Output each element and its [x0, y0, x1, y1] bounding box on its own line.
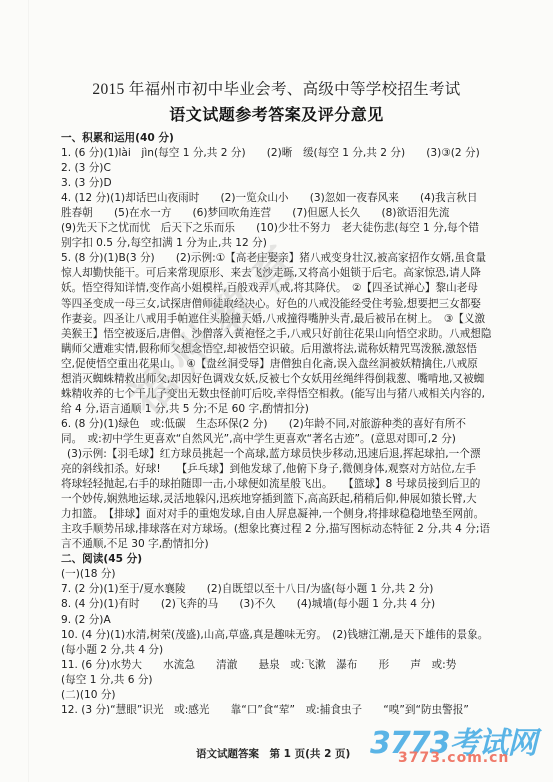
answer-line: 12. (3 分)“慧眼”识光 或:感光 靠“口”食“荤” 或:捕食虫子 “嗅”… [61, 703, 493, 718]
answer-line: (3)示例:【羽毛球】红方球员挑起一个高球,蓝方球员快步移动,迅速后退,挥起球拍… [61, 447, 493, 462]
answer-line: 妖。悟空得知详情,变作高小姐模样,百般戏弄八戒,将其降伏。 ②【四圣试禅心】黎山… [61, 281, 493, 296]
answer-line: 惊人却勤快能干。可后来常现原形、来去飞沙走砾,又将高小姐锁于后宅。高家惊恐,请人… [61, 266, 493, 281]
document-title: 2015 年福州市初中毕业会考、高级中等学校招生考试 [0, 77, 553, 99]
answer-line: 蛛精收养的七个干儿子变出无数虫怪前叮后咬,幸得悟空相救。(能写出与猪八戒相关内容… [61, 387, 493, 402]
answer-line: 想消灭蜘蛛精救出师父,却因好色调戏女妖,反被七个女妖用丝绳绊得倒栽葱、嘴啃地,又… [61, 372, 493, 387]
answer-line: 8. (4 分)(1)有时 (2)飞奔的马 (3)不久 (4)城墙(每小题 1 … [61, 597, 493, 612]
answer-line: 4. (12 分)(1)却话巴山夜雨时 (2)一览众山小 (3)忽如一夜春风来 … [61, 191, 493, 206]
answer-line: 9. (2 分)A [61, 613, 493, 628]
answer-line: 等四圣变成一母三女,试探唐僧师徒取经决心。好色的八戒没能经受住考验,想要把三女都… [61, 297, 493, 312]
answer-line: 别字扣 0.5 分,每空扣满 1 分为止,共 12 分) [61, 236, 493, 251]
answer-line: 瞒师父遭难实情,假称师父想念悟空,却被悟空识破。后用激将法,谎称妖精咒骂泼猴,激… [61, 342, 493, 357]
answer-line: 将球轻轻抛起,右手的球拍随即一击,小球便如流星般飞出。 【篮球】8 号球员接到后… [61, 477, 493, 492]
answer-body: 一、积累和运用(40 分)1. (6 分)(1)lài jìn(每空 1 分,共… [61, 131, 493, 718]
section-heading: 一、积累和运用(40 分) [61, 131, 493, 146]
answer-line: 10. (4 分)(1)水清,树荣(茂盛),山高,草盛,真是趣味无穷。 (2)钱… [61, 628, 493, 643]
answer-line: 主攻手顺势吊球,排球落在对方球场。(想象比赛过程 2 分,描写图标动态特征 2 … [61, 522, 493, 537]
answer-line: 11. (6 分)水势大 水流急 清澈 悬泉 或:飞漱 瀑布 形 声 或:势 [61, 658, 493, 673]
logo-url-text: 3773.com.cn [398, 750, 509, 766]
answer-line: 同。 或:初中学生更喜欢“自然风光”,高中学生更喜欢“著名古迹”。(意思对即可,… [61, 432, 493, 447]
answer-line: 胜春朝 (5)在水一方 (6)梦回吹角连营 (7)但愿人长久 (8)欲语泪先流 [61, 206, 493, 221]
answer-line: 7. (2 分)(1)至于/夏水襄陵 (2)自既望以至十八日/为盛(每小题 1 … [61, 582, 493, 597]
exam-answer-page: 2015 年福州市初中毕业会考、高级中等学校招生考试 语文试题参考答案及评分意见… [0, 0, 553, 782]
answer-line: (9)先天下之忧而忧 后天下之乐而乐 (10)少壮不努力 老大徒伤悲(每空 1 … [61, 221, 493, 236]
answer-line: (每小题 2 分,共 4 分) [61, 643, 493, 658]
answer-line: (二)(10 分) [61, 688, 493, 703]
answer-line: 言不通顺,不足 30 字,酌情扣分) [61, 537, 493, 552]
answer-line: 美猴王】悟空被逐后,唐僧、沙僧落入黄袍怪之手,八戒只好前往花果山向悟空求助。八戒… [61, 327, 493, 342]
answer-line: 6. (8 分)(1)绿色 或:低碳 生态环保(2 分) (2)年龄不同,对旅游… [61, 417, 493, 432]
answer-line: 2. (3 分)C [61, 161, 493, 176]
site-logo[interactable]: 3773考试网 3773.com.cn [370, 718, 545, 768]
section-heading: 二、阅读(45 分) [61, 552, 493, 567]
answer-line: 作妻妾。四圣让八戒用手帕遮住头脸撞天婚,八戒撞得嘴肿头青,最后被吊在树上。 ③【… [61, 312, 493, 327]
answer-line: 空,促使悟空重出花果山。 ④【盘丝洞受辱】唐僧独自化斋,误入盘丝洞被妖精擒住,八… [61, 357, 493, 372]
answer-line: 5. (8 分)(1)B(3 分) (2)示例:①【高老庄娶亲】猪八戒变身壮汉,… [61, 251, 493, 266]
answer-line: (每空 1 分,共 6 分) [61, 673, 493, 688]
answer-line: 一个妙传,娴熟地运球,灵活地躲闪,迅疾地穿插到篮下,高高跃起,稍稍后仰,伸展如猿… [61, 492, 493, 507]
answer-line: 3. (3 分)D [61, 176, 493, 191]
answer-line: 力扣篮。 【排球】面对对手的重炮发球,自由人屏息凝神,一个侧身,将排球稳稳地垫至… [61, 507, 493, 522]
document-subtitle: 语文试题参考答案及评分意见 [0, 102, 553, 125]
answer-line: (一)(18 分) [61, 567, 493, 582]
page-footer: 语文试题答案 第 1 页(共 2 页) [196, 746, 350, 761]
answer-line: 给 4 分,语言通顺 1 分,共 5 分;不足 60 字,酌情扣分) [61, 402, 493, 417]
answer-line: 1. (6 分)(1)lài jìn(每空 1 分,共 2 分) (2)晰 缓(… [61, 146, 493, 161]
answer-line: 亮的斜线扣杀。好球! 【乒乓球】到他发球了,他俯下身子,微侧身体,观察对方站位,… [61, 462, 493, 477]
